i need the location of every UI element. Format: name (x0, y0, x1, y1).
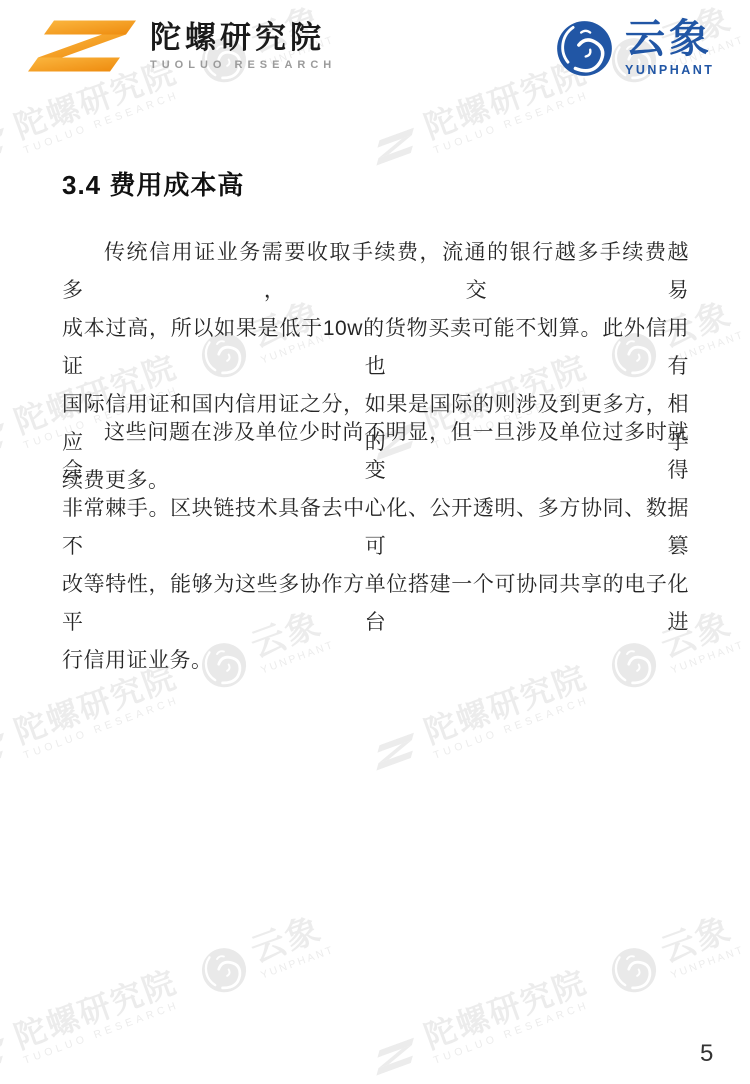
tuoluo-logo-name: 陀螺研究院 (150, 21, 336, 55)
paragraph-2: 这些问题在涉及单位少时尚不明显，但一旦涉及单位过多时就会变得 非常棘手。区块链技… (62, 414, 689, 680)
section-heading: 3.4 费用成本高 (62, 165, 244, 202)
page-content: 3.4 费用成本高 传统信用证业务需要收取手续费，流通的银行越多手续费越多，交易… (0, 0, 750, 1084)
paragraph-line: 成本过高，所以如果是低于10w的货物买卖可能不划算。此外信用证也有 (62, 310, 689, 386)
page-header: 陀螺研究院 TUOLUO RESEARCH 云象 YUNPHANT (0, 0, 750, 110)
paragraph-line: 行信用证业务。 (62, 642, 689, 680)
z-logo-icon (26, 20, 138, 72)
yunphant-logo: 云象 YUNPHANT (556, 19, 714, 77)
yunphant-logo-subtitle: YUNPHANT (625, 63, 714, 77)
tuoluo-research-logo: 陀螺研究院 TUOLUO RESEARCH (26, 20, 336, 72)
elephant-icon (556, 20, 613, 77)
paragraph-line: 传统信用证业务需要收取手续费，流通的银行越多手续费越多，交易 (62, 234, 689, 310)
yunphant-logo-name: 云象 (625, 19, 714, 59)
document-page: { "page": { "number": "5" }, "header": {… (0, 0, 750, 1084)
paragraph-line: 非常棘手。区块链技术具备去中心化、公开透明、多方协同、数据不可篡 (62, 490, 689, 566)
paragraph-line: 这些问题在涉及单位少时尚不明显，但一旦涉及单位过多时就会变得 (62, 414, 689, 490)
page-number: 5 (700, 1040, 713, 1068)
tuoluo-logo-subtitle: TUOLUO RESEARCH (150, 59, 336, 71)
paragraph-line: 改等特性，能够为这些多协作方单位搭建一个可协同共享的电子化平台进 (62, 566, 689, 642)
